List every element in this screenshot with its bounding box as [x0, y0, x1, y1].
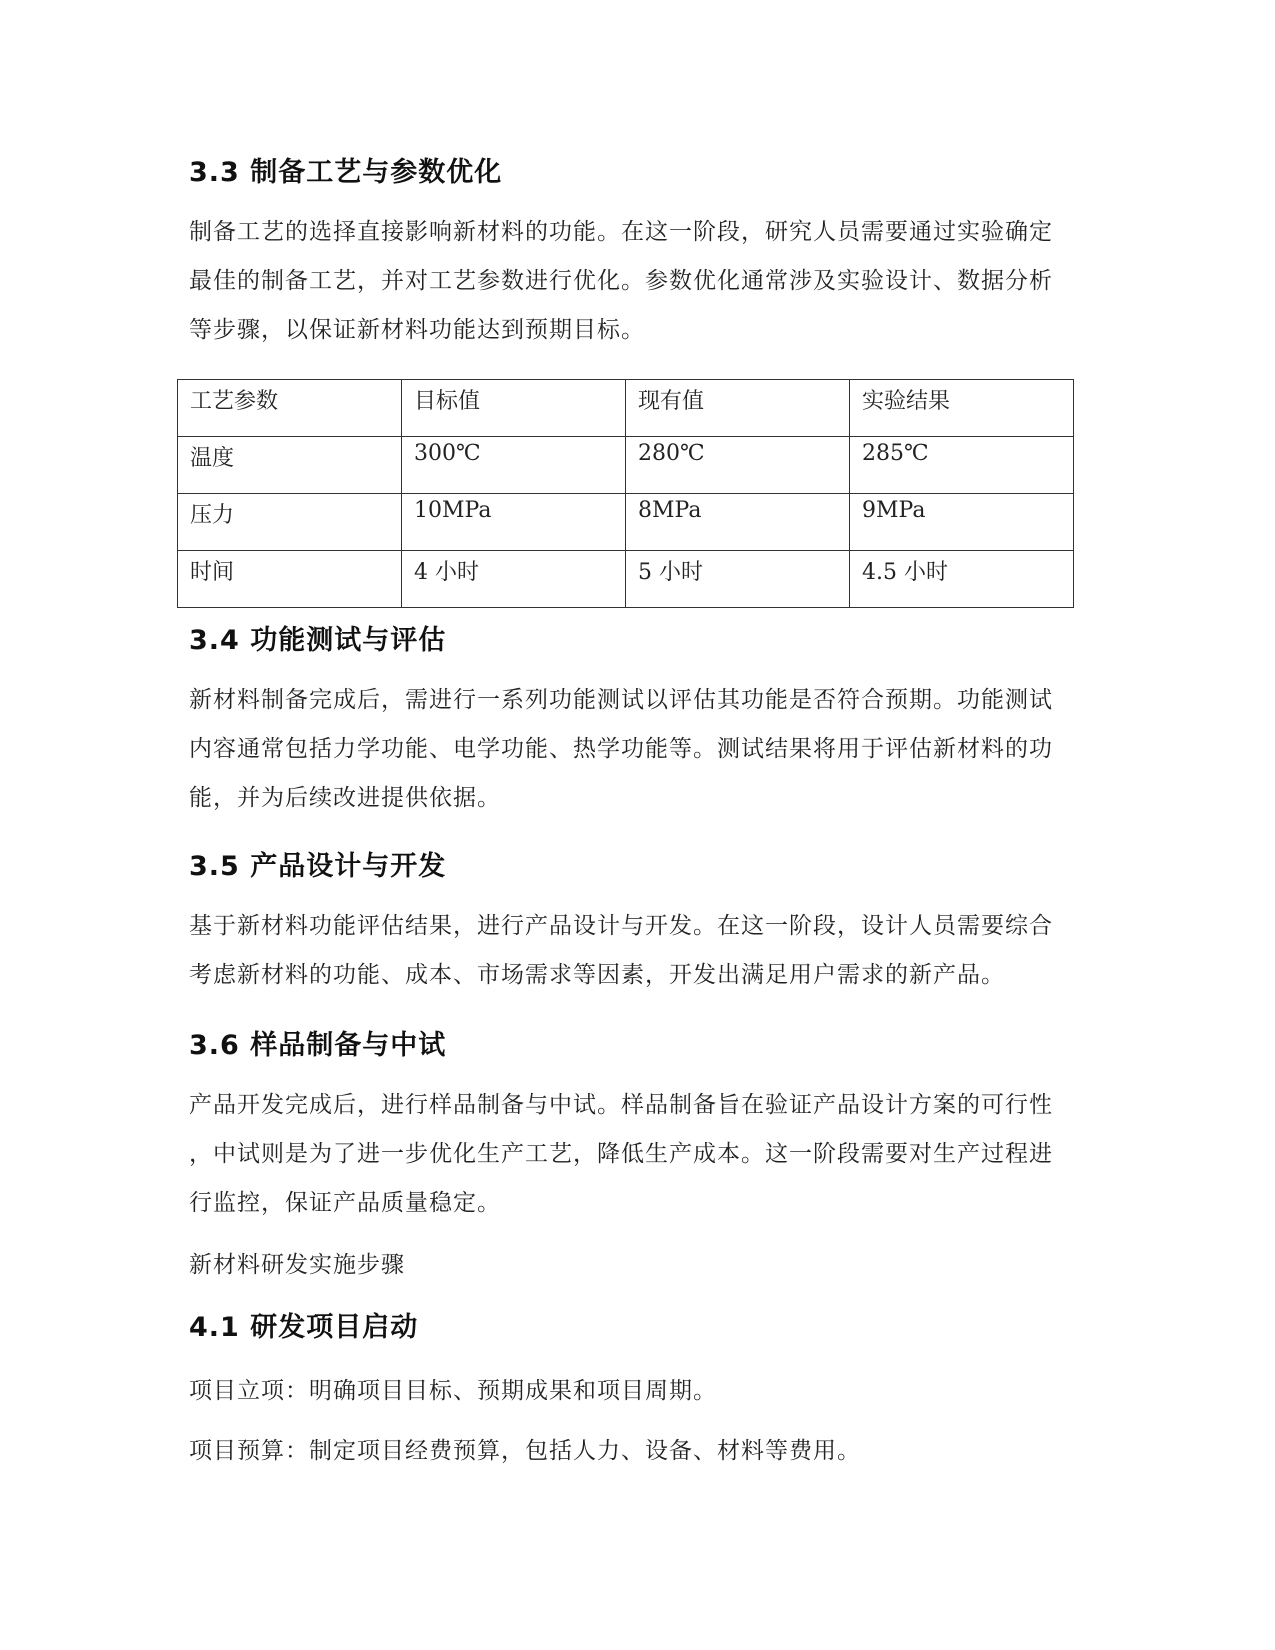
text-line: 制备工艺的选择直接影响新材料的功能。在这一阶段，研究人员需要通过实验确定: [189, 208, 1089, 257]
text-line: 产品开发完成后，进行样品制备与中试。样品制备旨在验证产品设计方案的可行性: [189, 1081, 1089, 1130]
table-cell: 280℃: [626, 437, 850, 494]
paragraph-4-1: 项目立项：明确项目目标、预期成果和项目周期。 项目预算：制定项目经费预算，包括人…: [189, 1367, 1089, 1476]
heading-4-1: 4.1 研发项目启动: [189, 1305, 418, 1344]
paragraph-3-5: 基于新材料功能评估结果，进行产品设计与开发。在这一阶段，设计人员需要综合 考虑新…: [189, 902, 1089, 1000]
table-header-row: 工艺参数 目标值 现有值 实验结果: [178, 380, 1074, 437]
table-cell: 300℃: [402, 437, 626, 494]
chapter-title: 新材料研发实施步骤: [189, 1241, 1089, 1290]
text-line: 能，并为后续改进提供依据。: [189, 774, 1089, 823]
text-line: 行监控，保证产品质量稳定。: [189, 1179, 1089, 1228]
table-cell: 8MPa: [626, 494, 850, 551]
table-cell: 压力: [178, 494, 402, 551]
text-line: 基于新材料功能评估结果，进行产品设计与开发。在这一阶段，设计人员需要综合: [189, 902, 1089, 951]
text-line: 项目立项：明确项目目标、预期成果和项目周期。: [189, 1367, 1089, 1416]
text-line: 项目预算：制定项目经费预算，包括人力、设备、材料等费用。: [189, 1427, 1089, 1476]
table-cell: 时间: [178, 551, 402, 608]
heading-3-6: 3.6 样品制备与中试: [189, 1023, 446, 1062]
table-cell: 285℃: [850, 437, 1074, 494]
table-row: 时间 4 小时 5 小时 4.5 小时: [178, 551, 1074, 608]
document-page: 3.3 制备工艺与参数优化 制备工艺的选择直接影响新材料的功能。在这一阶段，研究…: [0, 0, 1275, 1650]
table-cell: 温度: [178, 437, 402, 494]
table-row: 温度 300℃ 280℃ 285℃: [178, 437, 1074, 494]
heading-3-4: 3.4 功能测试与评估: [189, 618, 446, 657]
heading-3-5: 3.5 产品设计与开发: [189, 844, 446, 883]
table-cell: 5 小时: [626, 551, 850, 608]
table-cell: 4 小时: [402, 551, 626, 608]
table-header-cell: 现有值: [626, 380, 850, 437]
text-line: 考虑新材料的功能、成本、市场需求等因素，开发出满足用户需求的新产品。: [189, 951, 1089, 1000]
heading-3-3: 3.3 制备工艺与参数优化: [189, 150, 502, 189]
table-header-cell: 实验结果: [850, 380, 1074, 437]
table-cell: 9MPa: [850, 494, 1074, 551]
process-parameters-table: 工艺参数 目标值 现有值 实验结果 温度 300℃ 280℃ 285℃ 压力 1…: [177, 379, 1074, 608]
paragraph-3-3: 制备工艺的选择直接影响新材料的功能。在这一阶段，研究人员需要通过实验确定 最佳的…: [189, 208, 1089, 355]
paragraph-3-6: 产品开发完成后，进行样品制备与中试。样品制备旨在验证产品设计方案的可行性 ，中试…: [189, 1081, 1089, 1228]
text-line: ，中试则是为了进一步优化生产工艺，降低生产成本。这一阶段需要对生产过程进: [189, 1130, 1089, 1179]
text-line: 内容通常包括力学功能、电学功能、热学功能等。测试结果将用于评估新材料的功: [189, 725, 1089, 774]
paragraph-3-4: 新材料制备完成后，需进行一系列功能测试以评估其功能是否符合预期。功能测试 内容通…: [189, 676, 1089, 823]
table-header-cell: 目标值: [402, 380, 626, 437]
text-line: 最佳的制备工艺，并对工艺参数进行优化。参数优化通常涉及实验设计、数据分析: [189, 257, 1089, 306]
table-cell: 4.5 小时: [850, 551, 1074, 608]
table-header-cell: 工艺参数: [178, 380, 402, 437]
table-cell: 10MPa: [402, 494, 626, 551]
text-line: 等步骤，以保证新材料功能达到预期目标。: [189, 306, 1089, 355]
table-row: 压力 10MPa 8MPa 9MPa: [178, 494, 1074, 551]
text-line: 新材料制备完成后，需进行一系列功能测试以评估其功能是否符合预期。功能测试: [189, 676, 1089, 725]
